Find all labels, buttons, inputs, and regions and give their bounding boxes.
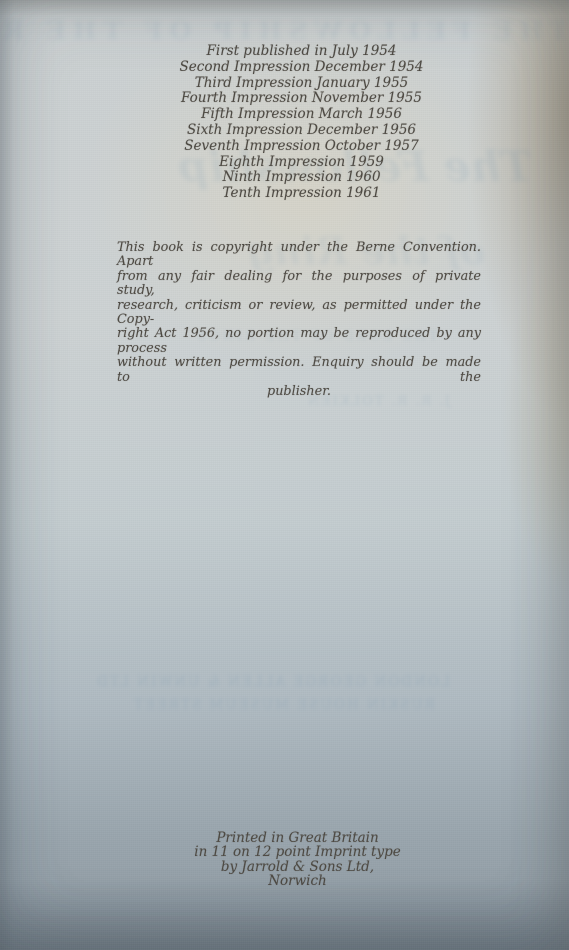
impression-line: First published in July 1954 [34,44,569,60]
copyright-line: research, criticism or review, as permit… [117,299,481,328]
impression-line: Second Impression December 1954 [34,60,569,76]
copyright-notice: This book is copyright under the Berne C… [117,241,481,399]
copyright-line: publisher. [117,385,481,399]
impression-line: Seventh Impression October 1957 [34,139,569,155]
copyright-line: This book is copyright under the Berne C… [117,241,481,270]
copyright-line: right Act 1956, no portion may be reprod… [117,327,481,356]
impression-line: Tenth Impression 1961 [34,186,569,202]
book-copyright-page-photo: THE FELLOWSHIP OF THE RING The Fellowshi… [0,0,569,950]
printer-colophon: Printed in Great Britain in 11 on 12 poi… [0,831,569,889]
show-through-publisher-line-1: LONDON GEORGE ALLEN & UNWIN LTD [128,674,450,690]
colophon-line: by Jarrold & Sons Ltd, [26,860,569,874]
colophon-line: Norwich [26,874,569,888]
impression-line: Third Impression January 1955 [34,76,569,92]
colophon-line: Printed in Great Britain [26,831,569,845]
impression-line: Sixth Impression December 1956 [34,123,569,139]
impression-line: Eighth Impression 1959 [34,155,569,171]
colophon-line: in 11 on 12 point Imprint type [26,845,569,859]
copyright-line: without written permission. Enquiry shou… [117,356,481,385]
show-through-publisher-line-2: RUSKIN HOUSE MUSEUM STREET [140,697,435,713]
impression-line: Fourth Impression November 1955 [34,91,569,107]
show-through-top-band: THE FELLOWSHIP OF THE RING [0,16,569,45]
impression-line: Ninth Impression 1960 [34,170,569,186]
impression-line: Fifth Impression March 1956 [34,107,569,123]
impression-history: First published in July 1954 Second Impr… [0,44,569,202]
copyright-line: from any fair dealing for the purposes o… [117,270,481,299]
